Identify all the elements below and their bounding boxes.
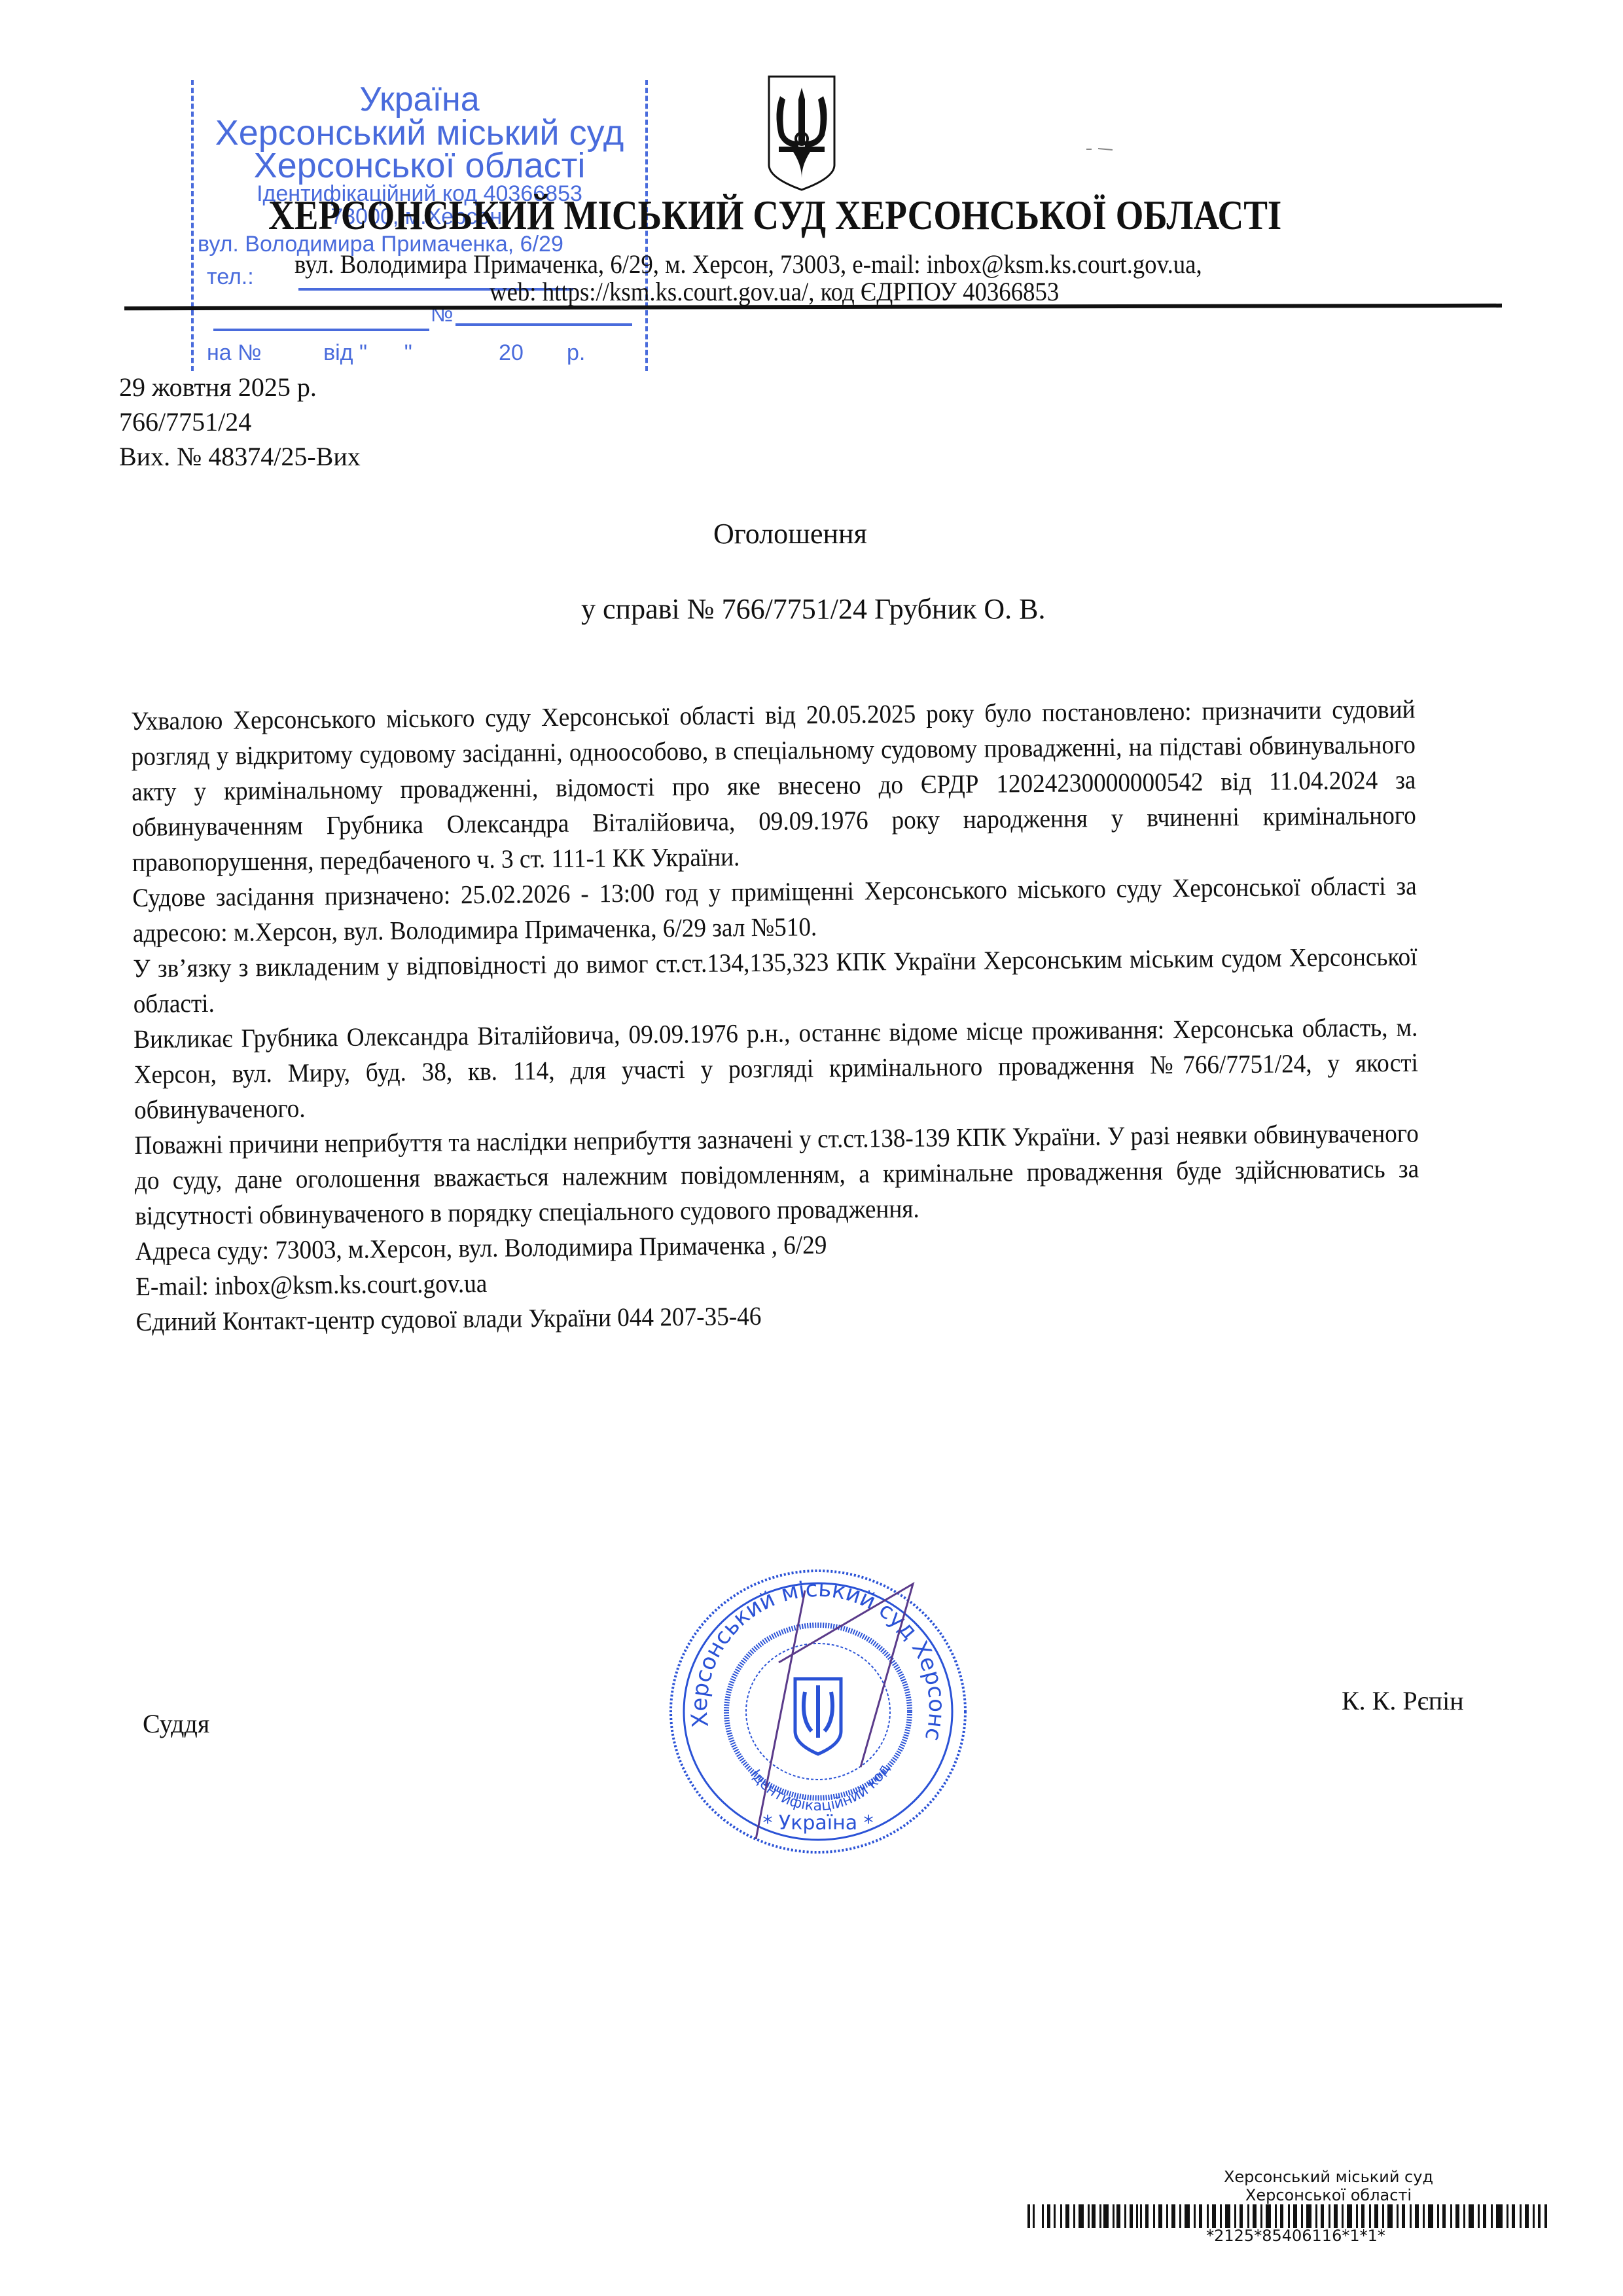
stamp-region: Херсонської області (194, 145, 645, 186)
svg-text:* Україна *: * Україна * (762, 1812, 873, 1835)
paragraph-consequences: Поважні причини неприбуття та наслідки н… (134, 1116, 1419, 1234)
svg-text:Херсонський міський суд Херсон: Херсонський міський суд Херсонської обла… (664, 1564, 950, 1744)
court-web-line: web: https://ksm.ks.court.gov.ua/, код Є… (490, 276, 1059, 307)
paragraph-ruling: Ухвалою Херсонського міського суду Херсо… (131, 692, 1416, 880)
barcode-caption: Херсонський міський суд Херсонської обла… (1181, 2168, 1476, 2204)
court-name-heading: ХЕРСОНСЬКИЙ МІСЬКИЙ СУД ХЕРСОНСЬКОЇ ОБЛА… (268, 191, 1225, 240)
document-date: 29 жовтня 2025 р. (119, 370, 361, 404)
stamp-tel-label: тел.: (207, 264, 254, 290)
case-number: 766/7751/24 (119, 404, 361, 439)
judge-role-label: Суддя (143, 1708, 209, 1739)
barcode (1027, 2204, 1551, 2228)
paragraph-legal-basis: У зв’язку з викладеним у відповідності д… (133, 939, 1418, 1022)
coat-of-arms-icon (766, 73, 838, 191)
stamp-reference-line: на № від " " 20 р. (207, 340, 585, 366)
barcode-caption-line1: Херсонський міський суд (1181, 2168, 1476, 2186)
stamp-line (213, 329, 429, 331)
document-meta: 29 жовтня 2025 р. 766/7751/24 Вих. № 483… (119, 370, 361, 474)
court-seal: Херсонський міський суд Херсонської обла… (664, 1564, 972, 1859)
document-title: Оголошення (713, 517, 867, 550)
judge-name: К. К. Рєпін (1342, 1685, 1464, 1716)
barcode-caption-line2: Херсонської області (1181, 2186, 1476, 2204)
scan-speck (1086, 144, 1119, 151)
announcement-body: Ухвалою Херсонського міського суду Херсо… (131, 692, 1420, 1340)
stamp-line (455, 323, 632, 326)
outgoing-number: Вих. № 48374/25-Вих (119, 439, 361, 474)
court-address-line: вул. Володимира Примаченка, 6/29, м. Хер… (294, 249, 1202, 279)
document-subtitle: у справі № 766/7751/24 Грубник О. В. (581, 592, 1046, 626)
barcode-number: *2125*85406116*1*1* (1191, 2227, 1400, 2245)
paragraph-summons: Викликає Грубника Олександра Віталійович… (134, 1010, 1419, 1128)
paragraph-hearing: Судове засідання призначено: 25.02.2026 … (132, 869, 1417, 951)
